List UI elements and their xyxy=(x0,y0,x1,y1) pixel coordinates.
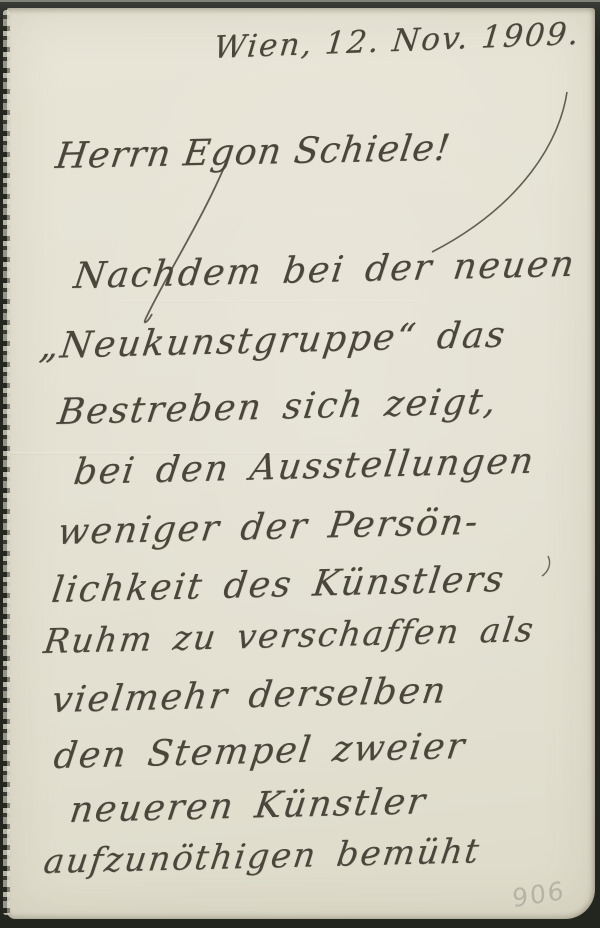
letter-photo-backdrop: Wien, 12. Nov. 1909. Herrn Egon Schiele!… xyxy=(0,0,600,928)
paper-deckle-edge xyxy=(3,10,10,915)
salutation: Herrn Egon Schiele! xyxy=(53,128,453,177)
